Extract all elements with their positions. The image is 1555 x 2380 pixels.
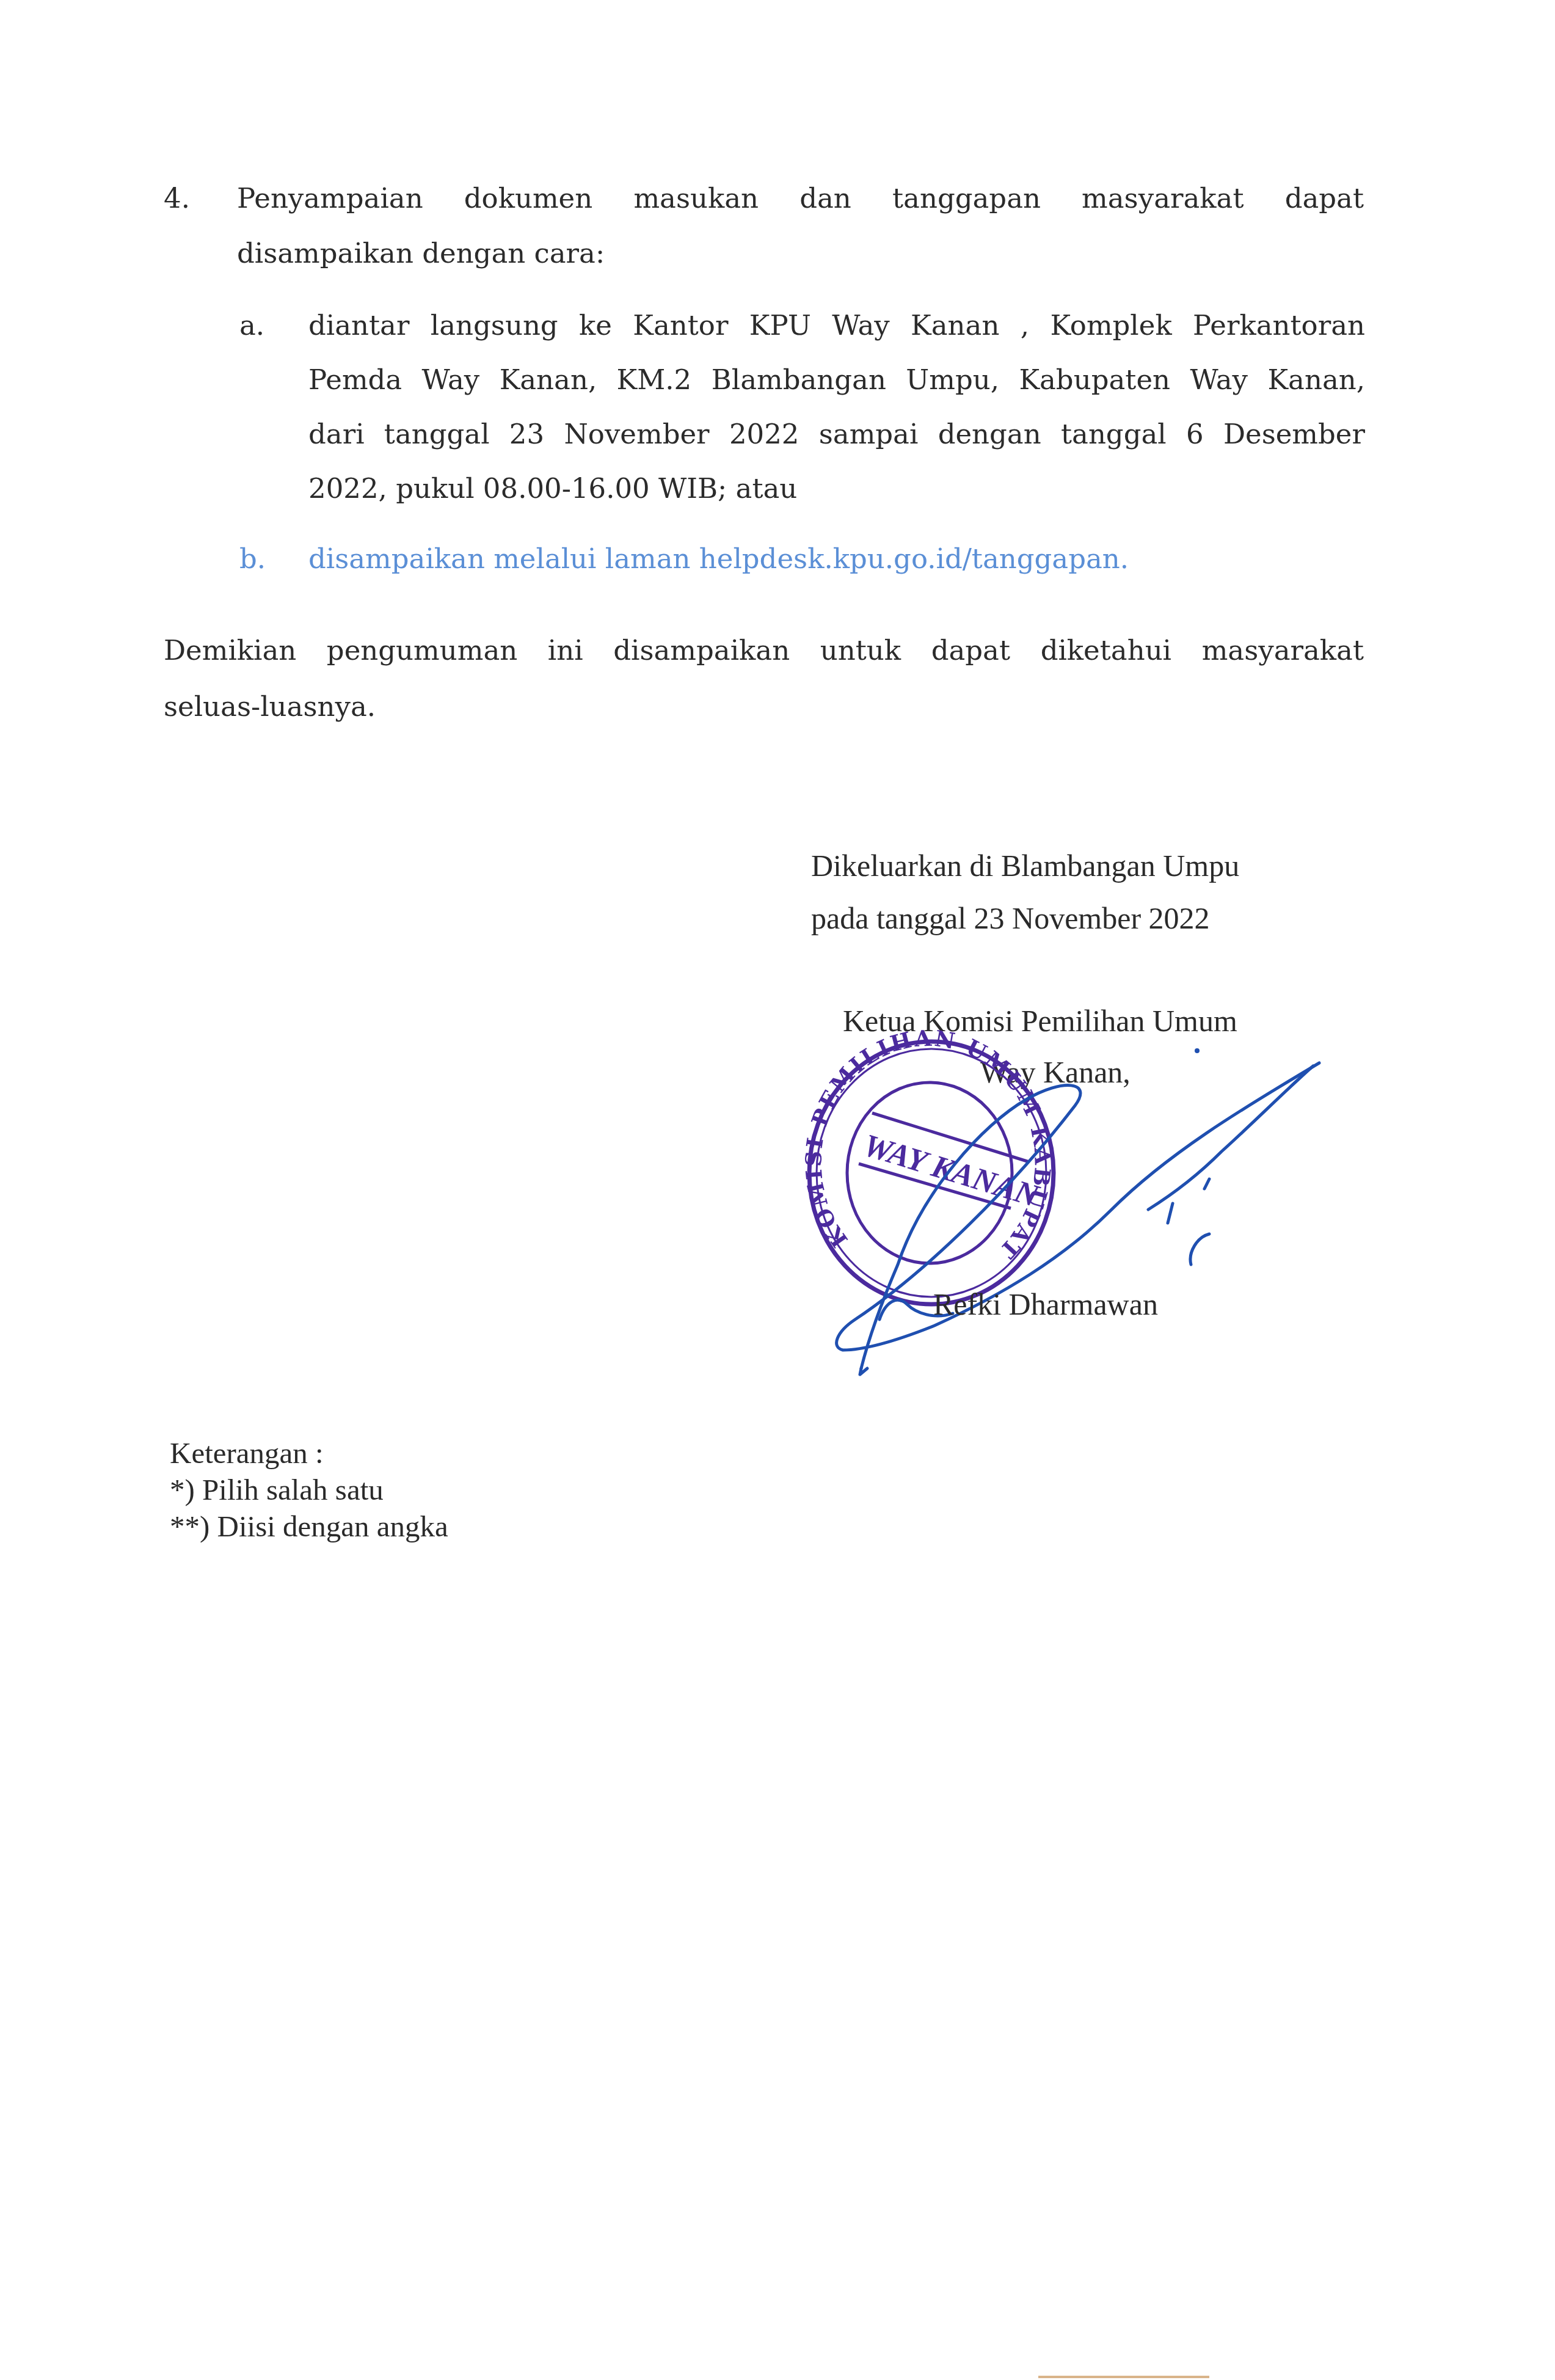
signatory-name: Refki Dharmawan [933,1278,1158,1331]
document-page: 4. Penyampaian dokumen masukan dan tangg… [0,0,1555,2380]
scan-edge-artifact [1038,2376,1209,2378]
option-a-line-4: 2022, pukul 08.00-16.00 WIB; atau [308,461,1365,516]
notes-title: Keterangan : [170,1436,324,1471]
issued-date: pada tanggal 23 November 2022 [811,892,1210,944]
item-number: 4. [164,171,190,226]
option-b-letter: b. [239,531,266,586]
note-item-1: *) Pilih salah satu [170,1472,384,1508]
option-a-line-3: dari tanggal 23 November 2022 sampai den… [308,407,1365,462]
issued-place: Dikeluarkan di Blambangan Umpu [811,839,1239,892]
option-a-letter: a. [239,298,264,353]
handwritten-signature-icon [831,1063,1331,1381]
option-a-line-1: diantar langsung ke Kantor KPU Way Kanan… [308,298,1365,353]
closing-line-1: Demikian pengumuman ini disampaikan untu… [164,623,1364,678]
note-item-2: **) Diisi dengan angka [170,1509,448,1544]
item-4-line-1: Penyampaian dokumen masukan dan tanggapa… [237,171,1364,226]
option-b-link-text[interactable]: disampaikan melalui laman helpdesk.kpu.g… [308,531,1365,586]
item-4-number: 4. [164,182,190,214]
option-a-line-2: Pemda Way Kanan, KM.2 Blambangan Umpu, K… [308,352,1365,407]
closing-line-2: seluas-luasnya. [164,679,1364,734]
item-4-line-2: disampaikan dengan cara: [237,226,1364,281]
